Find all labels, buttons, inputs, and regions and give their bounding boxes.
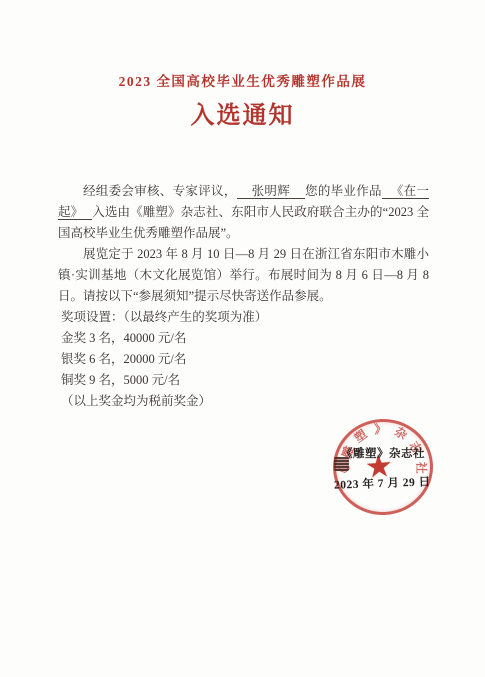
signature-date: 2023 年 7 月 29 日	[334, 473, 431, 492]
award-bronze: 铜奖 9 名，5000 元/名	[58, 370, 429, 391]
para1-lead: 经组委会审核、专家评议，	[83, 184, 237, 198]
notice-document: 2023 全国高校毕业生优秀雕塑作品展 入选通知 经组委会审核、专家评议，张明辉…	[0, 0, 485, 677]
paragraph-selection: 经组委会审核、专家评议，张明辉您的毕业作品《在一起》入选由《雕塑》杂志社、东阳市…	[58, 181, 429, 244]
notice-body: 经组委会审核、专家评议，张明辉您的毕业作品《在一起》入选由《雕塑》杂志社、东阳市…	[58, 181, 429, 412]
awards-note: （以上奖金均为税前奖金）	[58, 391, 429, 412]
paragraph-exhibition-info: 展览定于 2023 年 8 月 10 日—8 月 29 日在浙江省东阳市木雕小镇…	[58, 244, 429, 307]
signature-organization: 《雕塑》杂志社	[341, 445, 425, 461]
notice-title: 入选通知	[0, 95, 485, 130]
winner-name-underlined: 张明辉	[237, 184, 305, 199]
exhibition-title: 2023 全国高校毕业生优秀雕塑作品展	[0, 70, 485, 90]
para1-tail: 入选由《雕塑》杂志社、东阳市人民政府联合主办的“2023 全国高校毕业生优秀雕塑…	[58, 205, 429, 240]
award-gold: 金奖 3 名，40000 元/名	[58, 328, 429, 349]
para1-mid: 您的毕业作品	[305, 184, 382, 198]
awards-heading: 奖项设置：（以最终产生的奖项为准）	[58, 307, 429, 328]
awards-section: 奖项设置：（以最终产生的奖项为准） 金奖 3 名，40000 元/名 银奖 6 …	[58, 307, 429, 412]
seal-ring-char: 》	[372, 421, 389, 438]
award-silver: 银奖 6 名，20000 元/名	[58, 349, 429, 370]
